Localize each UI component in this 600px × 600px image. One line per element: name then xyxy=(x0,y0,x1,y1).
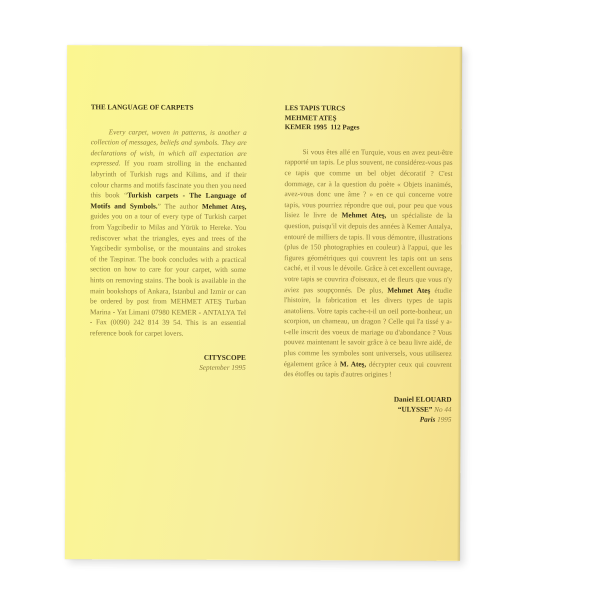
author-name: M. Ateş, xyxy=(340,360,366,368)
place: Paris xyxy=(420,416,436,424)
right-article-body: Si vous êtes allé en Turquie, vous en av… xyxy=(284,147,453,381)
source-date: September 1995 xyxy=(90,363,246,374)
left-article: THE LANGUAGE OF CARPETS Every carpet, wo… xyxy=(90,103,247,373)
right-article-title: LES TAPIS TURCS MEHMET ATEŞ KEMER 1995 1… xyxy=(285,104,453,134)
left-article-body: Every carpet, woven in patterns, is anot… xyxy=(90,127,247,340)
right-article: LES TAPIS TURCS MEHMET ATEŞ KEMER 1995 1… xyxy=(283,104,452,425)
book-back-cover: THE LANGUAGE OF CARPETS Every carpet, wo… xyxy=(65,45,462,561)
left-article-title: THE LANGUAGE OF CARPETS xyxy=(91,103,247,113)
author-name: Mehmet Ateş xyxy=(387,286,430,294)
source-name: CITYSCOPE xyxy=(90,353,246,364)
author-name: Mehmet Ateş, xyxy=(202,202,246,210)
left-article-signature: CITYSCOPE September 1995 xyxy=(90,353,246,374)
year: 1995 xyxy=(437,416,451,424)
right-article-signature: Daniel ELOUARD “ULYSSE” No 44 Paris 1995 xyxy=(283,394,451,425)
magazine-issue: No 44 xyxy=(434,406,451,414)
magazine-name: “ULYSSE” xyxy=(398,405,433,413)
author-name: Mehmet Ateş, xyxy=(342,212,387,220)
